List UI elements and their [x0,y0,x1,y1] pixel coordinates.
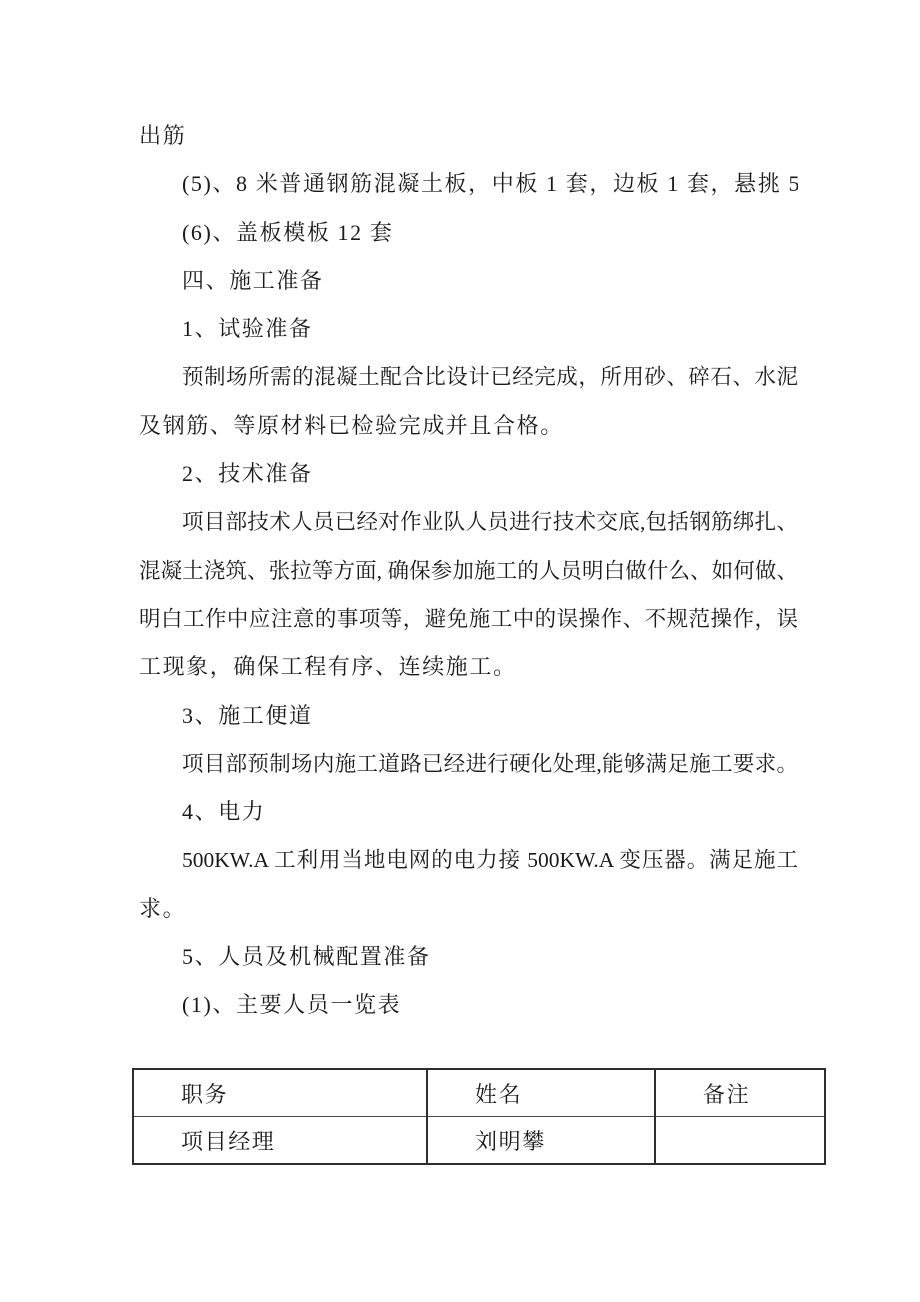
para-tech-prep-line-1: 项目部技术人员已经对作业队人员进行技术交底,包括钢筋绑扎、 [139,498,798,546]
para-power-line-1: 500KW.A 工利用当地电网的电力接 500KW.A 变压器。满足施工要 [139,836,798,884]
para-power-line-2: 求。 [139,885,798,933]
personnel-table-header-row: 职务 姓名 备注 [133,1069,825,1117]
subheading-5-personnel: 5、人员及机械配置准备 [139,933,798,981]
subheading-1-test-prep: 1、试验准备 [139,305,798,353]
section-heading-4: 四、施工准备 [139,257,798,305]
cell-name: 刘明攀 [427,1117,655,1165]
para-continuation-chujin: 出筋 [139,112,798,160]
personnel-table: 职务 姓名 备注 项目经理 刘明攀 [132,1068,826,1165]
document-body: 出筋 (5)、8 米普通钢筋混凝土板，中板 1 套，边板 1 套，悬挑 500m… [139,112,798,1030]
header-cell-remark: 备注 [655,1069,825,1117]
subheading-4-power: 4、电力 [139,788,798,836]
cell-position: 项目经理 [133,1117,427,1165]
table-caption-line: (1)、主要人员一览表 [139,981,798,1029]
para-test-prep-line-2: 及钢筋、等原材料已检验完成并且合格。 [139,402,798,450]
para-road-line-1: 项目部预制场内施工道路已经进行硬化处理,能够满足施工要求。 [139,740,798,788]
para-tech-prep-line-2: 混凝土浇筑、张拉等方面, 确保参加施工的人员明白做什么、如何做、 [139,547,798,595]
cell-remark [655,1117,825,1165]
document-page: 出筋 (5)、8 米普通钢筋混凝土板，中板 1 套，边板 1 套，悬挑 500m… [0,0,920,1302]
header-cell-position: 职务 [133,1069,427,1117]
para-tech-prep-line-4: 工现象，确保工程有序、连续施工。 [139,643,798,691]
para-test-prep-line-1: 预制场所需的混凝土配合比设计已经完成，所用砂、碎石、水泥 [139,353,798,401]
subheading-3-road: 3、施工便道 [139,692,798,740]
list-item-5: (5)、8 米普通钢筋混凝土板，中板 1 套，边板 1 套，悬挑 500mm [139,160,798,208]
para-tech-prep-line-3: 明白工作中应注意的事项等，避免施工中的误操作、不规范操作，误 [139,595,798,643]
subheading-2-tech-prep: 2、技术准备 [139,450,798,498]
header-cell-name: 姓名 [427,1069,655,1117]
personnel-table-row: 项目经理 刘明攀 [133,1117,825,1165]
list-item-6: (6)、盖板模板 12 套 [139,209,798,257]
